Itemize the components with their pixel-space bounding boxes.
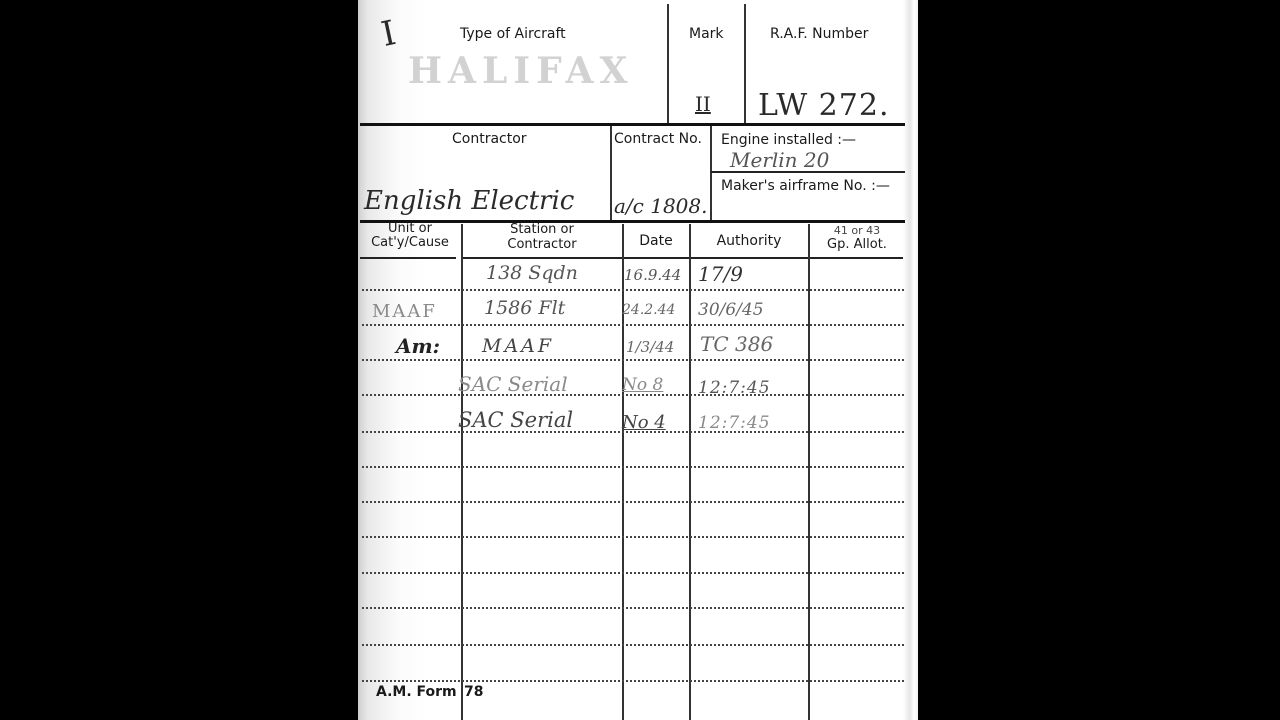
contractor-label: Contractor bbox=[452, 131, 527, 147]
row2-unit: MAAF bbox=[372, 301, 437, 322]
type-of-aircraft-value: HALIFAX bbox=[408, 50, 633, 92]
row-line bbox=[362, 572, 904, 574]
table-header-rule-1 bbox=[360, 257, 456, 259]
row3-date: 1/3/44 bbox=[626, 338, 674, 356]
corner-mark: I bbox=[378, 13, 399, 55]
row5-station: SAC Serial bbox=[458, 408, 573, 432]
row4-station: SAC Serial bbox=[458, 372, 568, 396]
col-header-authority: Authority bbox=[690, 233, 808, 249]
row-line bbox=[362, 607, 904, 609]
row2-date: 24.2.44 bbox=[622, 302, 675, 318]
row-line bbox=[362, 289, 904, 291]
contractor-value: English Electric bbox=[364, 186, 574, 216]
contract-no-label: Contract No. bbox=[614, 131, 702, 147]
engine-underline bbox=[711, 171, 905, 173]
row3-station: MAAF bbox=[482, 335, 554, 357]
mark-value: II bbox=[695, 92, 711, 116]
col-header-gp-allot: 41 or 43 Gp. Allot. bbox=[809, 224, 905, 252]
row1-date: 16.9.44 bbox=[624, 266, 681, 284]
col-header-station: Station or Contractor bbox=[462, 222, 622, 252]
raf-number-value: LW 272. bbox=[758, 88, 889, 123]
engine-installed-label: Engine installed :— bbox=[721, 132, 856, 148]
divider-engine-left bbox=[710, 126, 712, 222]
makers-airframe-label: Maker's airframe No. :— bbox=[721, 178, 890, 194]
divider-contract-no-left bbox=[610, 126, 612, 222]
row-line bbox=[362, 466, 904, 468]
row2-station: 1586 Flt bbox=[484, 297, 565, 319]
contract-no-value: a/c 1808. bbox=[614, 194, 707, 218]
row1-authority: 17/9 bbox=[698, 262, 743, 286]
row-line bbox=[362, 680, 904, 682]
row4-date: No 8 bbox=[622, 375, 663, 395]
mark-label: Mark bbox=[689, 26, 724, 42]
row2-authority: 30/6/45 bbox=[698, 300, 764, 320]
form-number: 78 bbox=[464, 684, 483, 700]
table-header-rule-3 bbox=[810, 257, 903, 259]
divider-mark-left bbox=[667, 4, 669, 124]
col-header-unit: Unit or Cat'y/Cause bbox=[360, 222, 460, 250]
row5-authority: 12:7:45 bbox=[698, 413, 771, 433]
row-line bbox=[362, 359, 904, 361]
row3-authority: TC 386 bbox=[700, 332, 773, 356]
col-header-date: Date bbox=[623, 233, 689, 249]
row1-station: 138 Sqdn bbox=[486, 262, 578, 284]
type-of-aircraft-label: Type of Aircraft bbox=[460, 26, 566, 42]
row-line bbox=[362, 644, 904, 646]
row4-authority: 12:7:45 bbox=[698, 378, 771, 398]
row5-date: No 4 bbox=[622, 412, 666, 433]
record-card: I Type of Aircraft HALIFAX Mark II R.A.F… bbox=[358, 0, 918, 720]
header-bottom-rule bbox=[360, 123, 905, 126]
row-line bbox=[362, 501, 904, 503]
row-line bbox=[362, 324, 904, 326]
row3-unit: Am: bbox=[396, 334, 440, 358]
divider-raf-left bbox=[744, 4, 746, 124]
raf-number-label: R.A.F. Number bbox=[770, 26, 868, 42]
row-line bbox=[362, 536, 904, 538]
engine-installed-value: Merlin 20 bbox=[730, 148, 829, 172]
form-id-label: A.M. Form bbox=[376, 684, 457, 700]
